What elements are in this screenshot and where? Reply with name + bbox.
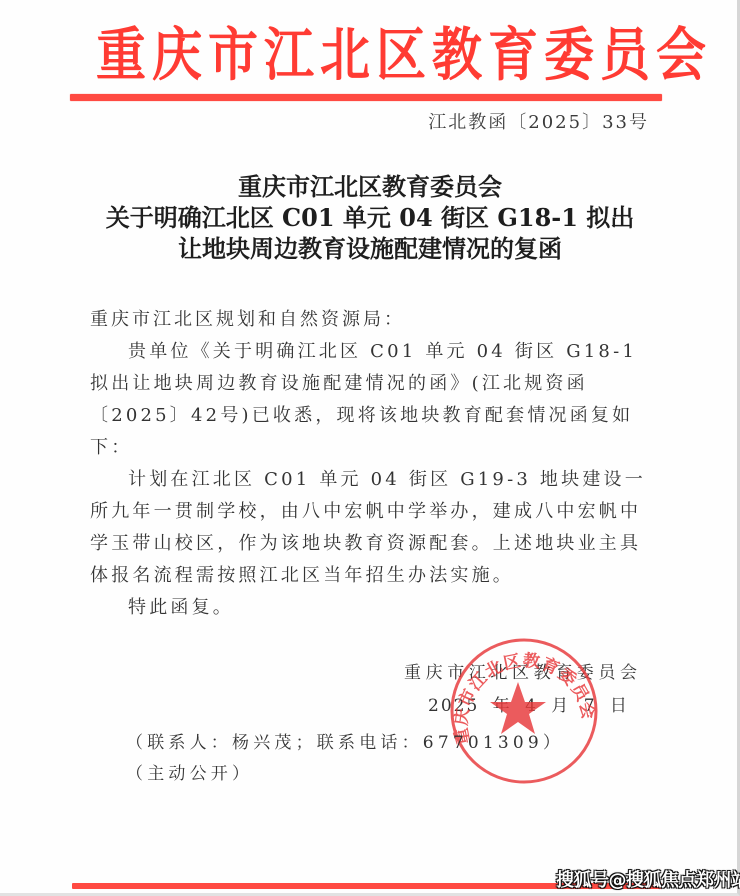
paragraph-1: 贵单位《关于明确江北区 C01 单元 04 街区 G18-1 拟出让地块周边教育… — [90, 336, 650, 464]
title-line-1: 重庆市江北区教育委员会 — [60, 171, 680, 202]
paragraph-closing: 特此函复。 — [90, 592, 650, 624]
title-line-3: 让地块周边教育设施配建情况的复函 — [60, 233, 680, 264]
signature-org: 重庆市江北区教育委员会 — [404, 658, 642, 683]
document-number: 江北教函〔2025〕33号 — [428, 108, 649, 134]
disclosure-label: （主动公开） — [126, 759, 253, 784]
contact-info: （联系人：杨兴茂；联系电话：67701309） — [126, 728, 564, 753]
title-line-2: 关于明确江北区 C01 单元 04 街区 G18-1 拟出 — [60, 202, 680, 233]
signature-date: 2025 年 4 月 7 日 — [428, 691, 629, 716]
source-watermark: 搜狐号@搜狐焦点郑州站 — [556, 866, 740, 892]
paragraph-2: 计划在江北区 C01 单元 04 街区 G19-3 地块建设一所九年一贯制学校，… — [90, 464, 650, 592]
letterhead-title: 重庆市江北区教育委员会 — [96, 17, 641, 93]
document-body: 重庆市江北区规划和自然资源局： 贵单位《关于明确江北区 C01 单元 04 街区… — [90, 304, 650, 624]
document-title: 重庆市江北区教育委员会 关于明确江北区 C01 单元 04 街区 G18-1 拟… — [60, 171, 680, 264]
letterhead-divider — [70, 94, 662, 101]
document-page: 重庆市江北区教育委员会 江北教函〔2025〕33号 重庆市江北区教育委员会 关于… — [0, 0, 740, 896]
salutation: 重庆市江北区规划和自然资源局： — [90, 304, 650, 336]
